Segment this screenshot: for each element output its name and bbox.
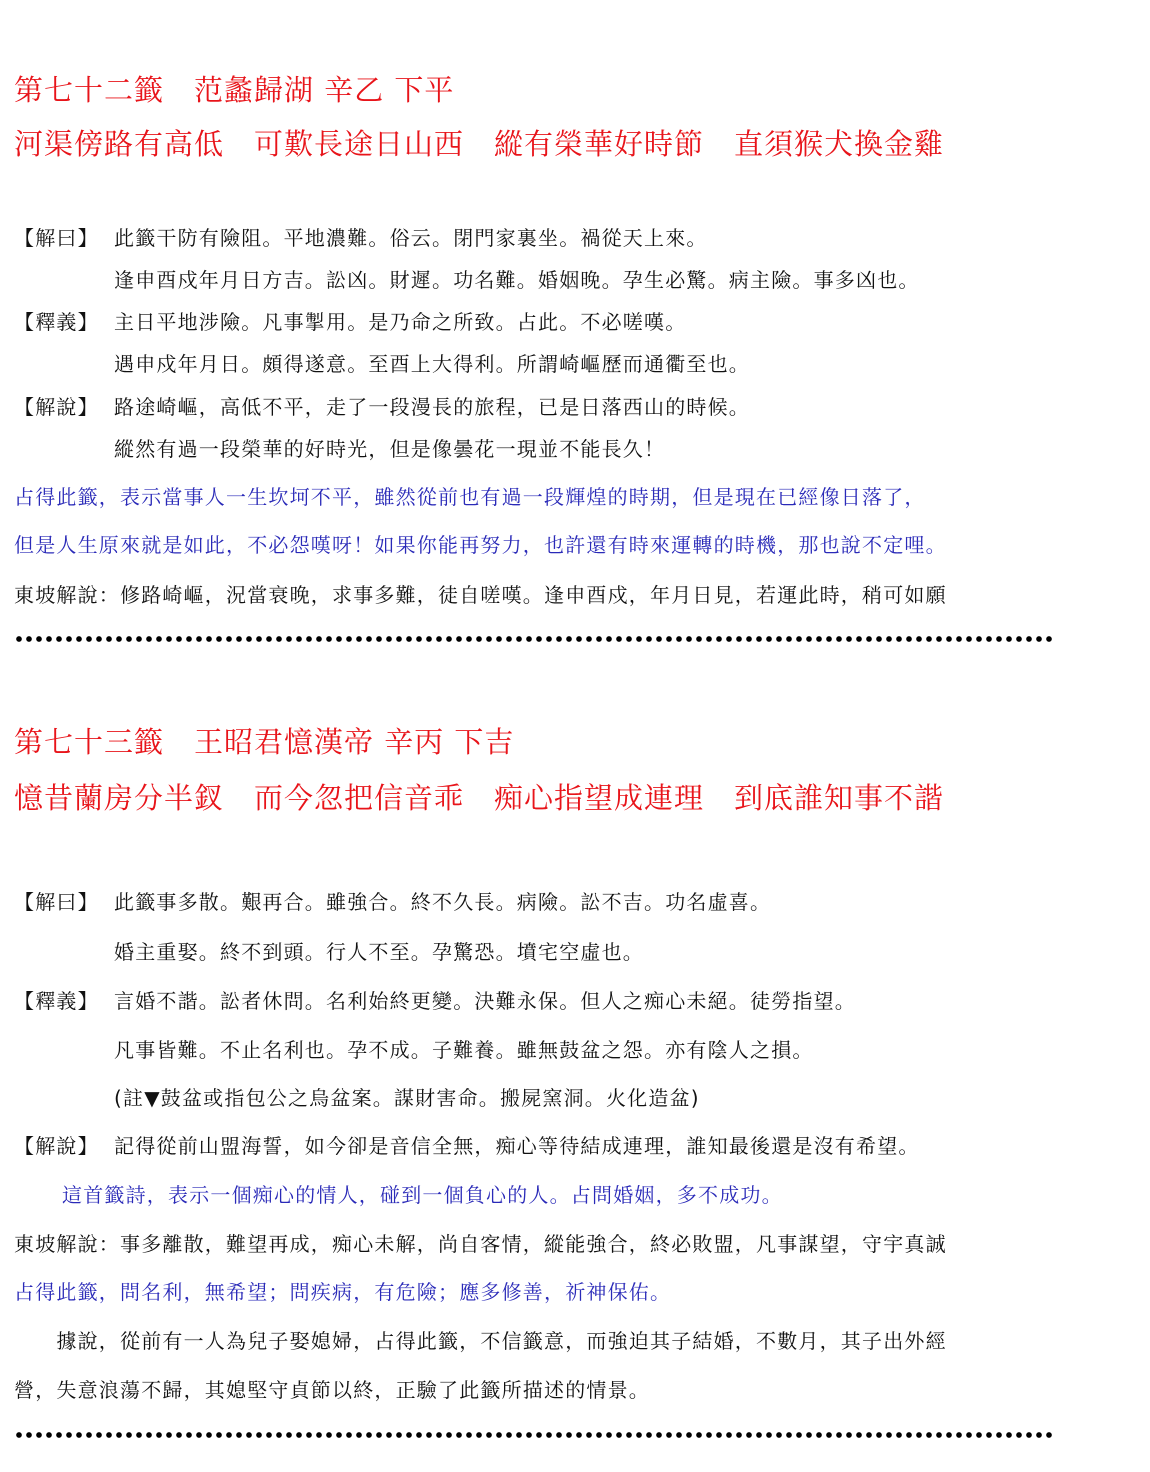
dotted-separator (14, 1432, 1054, 1438)
story-line: 據說，從前有一人為兒子娶媳婦，占得此籤，不信籤意，而強迫其子結婚，不數月，其子出… (14, 1325, 947, 1354)
lot-73-poem: 憶昔蘭房分半釵 而今忽把信音乖 痴心指望成連理 到底誰知事不諧 (14, 776, 944, 817)
commentary-line: 這首籤詩，表示一個痴心的情人，碰到一個負心的人。占問婚姻，多不成功。 (62, 1179, 783, 1208)
jie-yue-label: 【解曰】 (14, 886, 114, 915)
dongpo-commentary: 東坡解說：修路崎嶇，況當衰晚，求事多難，徒自嗟嘆。逢申酉戍，年月日見，若運此時，… (14, 579, 947, 608)
jie-yue-line: 此籤事多散。艱再合。雖強合。終不久長。病險。訟不吉。功名虛喜。 (114, 890, 771, 914)
lot-72-shi-yi: 【釋義】主日平地涉險。凡事掣用。是乃命之所致。占此。不必嗟嘆。 (14, 306, 686, 335)
jie-shuo-line: 記得從前山盟海誓，如今卻是音信全無，痴心等待結成連理，誰知最後還是沒有希望。 (114, 1134, 920, 1158)
jie-shuo-label: 【解說】 (14, 391, 114, 420)
lot-72-poem: 河渠傍路有高低 可歎長途日山西 縱有榮華好時節 直須猴犬換金雞 (14, 122, 944, 163)
shi-yi-line: 言婚不諧。訟者休問。名利始終更變。決難永保。但人之痴心未絕。徒勞指望。 (114, 989, 856, 1013)
summary-line: 占得此籤，問名利，無希望；問疾病，有危險；應多修善，祈神保佑。 (14, 1276, 671, 1305)
jie-yue-line: 此籤干防有險阻。平地濃難。俗云。閉門家裏坐。禍從天上來。 (114, 226, 708, 250)
jie-yue-line: 婚主重娶。終不到頭。行人不至。孕驚恐。墳宅空虛也。 (114, 936, 644, 965)
shi-yi-line: 凡事皆難。不止名利也。孕不成。子難養。雖無鼓盆之怨。亦有陰人之損。 (114, 1034, 814, 1063)
lot-72-jie-yue: 【解曰】此籤干防有險阻。平地濃難。俗云。閉門家裏坐。禍從天上來。 (14, 222, 708, 251)
lot-73-jie-yue: 【解曰】此籤事多散。艱再合。雖強合。終不久長。病險。訟不吉。功名虛喜。 (14, 886, 771, 915)
story-line: 營，失意浪蕩不歸，其媳堅守貞節以終，正驗了此籤所描述的情景。 (14, 1374, 650, 1403)
shi-yi-line: 遇申戍年月日。頗得遂意。至酉上大得利。所謂崎嶇歷而通衢至也。 (114, 348, 750, 377)
jie-shuo-line: 縱然有過一段榮華的好時光，但是像曇花一現並不能長久！ (114, 433, 665, 462)
commentary-line: 占得此籤，表示當事人一生坎坷不平，雖然從前也有過一段輝煌的時期，但是現在已經像日… (14, 481, 926, 510)
jie-shuo-label: 【解說】 (14, 1130, 114, 1159)
lot-72-jie-shuo: 【解說】路途崎嶇，高低不平，走了一段漫長的旅程，已是日落西山的時候。 (14, 391, 750, 420)
jie-shuo-line: 路途崎嶇，高低不平，走了一段漫長的旅程，已是日落西山的時候。 (114, 395, 750, 419)
lot-73-shi-yi: 【釋義】言婚不諧。訟者休問。名利始終更變。決難永保。但人之痴心未絕。徒勞指望。 (14, 985, 856, 1014)
shi-yi-label: 【釋義】 (14, 306, 114, 335)
lot-72-heading: 第七十二籤 范蠡歸湖 辛乙 下平 (14, 68, 454, 109)
jie-yue-line: 逢申酉戍年月日方吉。訟凶。財遲。功名難。婚姻晚。孕生必驚。病主險。事多凶也。 (114, 264, 920, 293)
lot-73-jie-shuo: 【解說】記得從前山盟海誓，如今卻是音信全無，痴心等待結成連理，誰知最後還是沒有希… (14, 1130, 920, 1159)
jie-yue-label: 【解曰】 (14, 222, 114, 251)
shi-yi-note: (註▼鼓盆或指包公之烏盆案。謀財害命。搬屍窯洞。火化造盆) (114, 1082, 700, 1111)
commentary-line: 但是人生原來就是如此，不必怨嘆呀！如果你能再努力，也許還有時來運轉的時機，那也說… (14, 529, 947, 558)
shi-yi-line: 主日平地涉險。凡事掣用。是乃命之所致。占此。不必嗟嘆。 (114, 310, 686, 334)
shi-yi-label: 【釋義】 (14, 985, 114, 1014)
dotted-separator (14, 636, 1054, 642)
lot-73-heading: 第七十三籤 王昭君憶漢帝 辛丙 下吉 (14, 720, 514, 761)
dongpo-commentary: 東坡解說：事多離散，難望再成，痴心未解，尚自客情，縱能強合，終必敗盟，凡事謀望，… (14, 1228, 947, 1257)
